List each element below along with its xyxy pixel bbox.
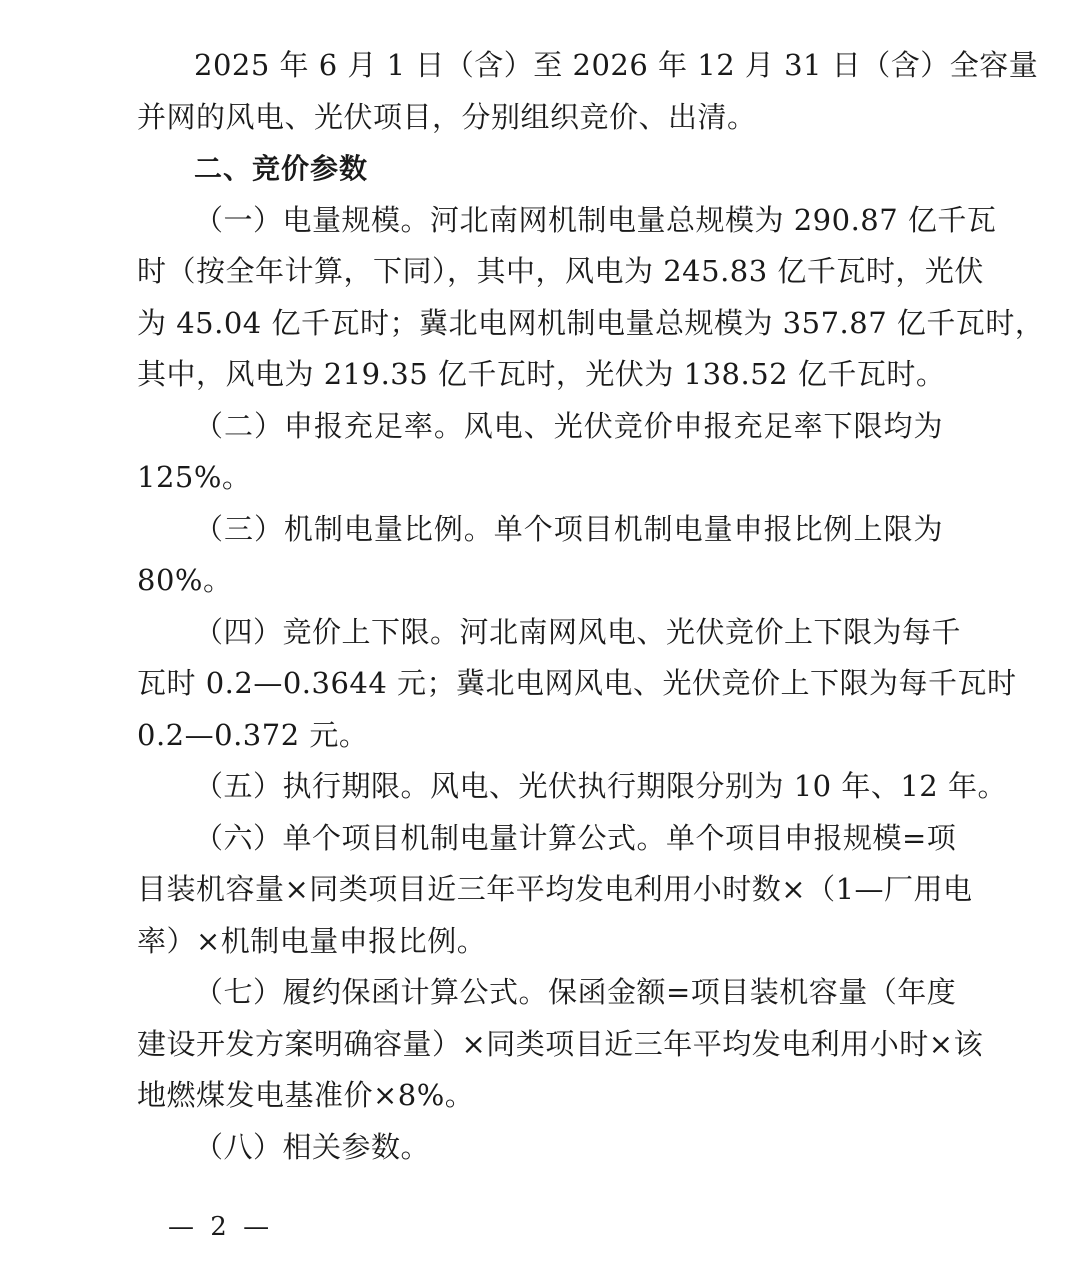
text-line: 其中，风电为 219.35 亿千瓦时，光伏为 138.52 亿千瓦时。 bbox=[137, 349, 943, 401]
text-line: 瓦时 0.2—0.3644 元；冀北电网风电、光伏竞价上下限为每千瓦时 bbox=[137, 658, 943, 710]
paragraph-item-1: （一）电量规模。河北南网机制电量总规模为 290.87 亿千瓦 时（按全年计算，… bbox=[137, 195, 943, 401]
text-line: 地燃煤发电基准价×8%。 bbox=[137, 1070, 943, 1122]
text-line: 0.2—0.372 元。 bbox=[137, 710, 943, 762]
text-line: 建设开发方案明确容量）×同类项目近三年平均发电利用小时×该 bbox=[137, 1019, 943, 1071]
text-line: 并网的风电、光伏项目，分别组织竞价、出清。 bbox=[137, 92, 943, 144]
document-page: 2025 年 6 月 1 日（含）至 2026 年 12 月 31 日（含）全容… bbox=[137, 40, 943, 1173]
text-line: （三）机制电量比例。单个项目机制电量申报比例上限为 bbox=[137, 504, 943, 556]
text-line: 80%。 bbox=[137, 555, 943, 607]
text-line: （一）电量规模。河北南网机制电量总规模为 290.87 亿千瓦 bbox=[137, 195, 943, 247]
text-line: （八）相关参数。 bbox=[137, 1122, 943, 1174]
paragraph-item-5: （五）执行期限。风电、光伏执行期限分别为 10 年、12 年。 bbox=[137, 761, 943, 813]
text-line: 125%。 bbox=[137, 452, 943, 504]
text-line: 目装机容量×同类项目近三年平均发电利用小时数×（1—厂用电 bbox=[137, 864, 943, 916]
paragraph-item-2: （二）申报充足率。风电、光伏竞价申报充足率下限均为 125%。 bbox=[137, 401, 943, 504]
text-line: （五）执行期限。风电、光伏执行期限分别为 10 年、12 年。 bbox=[137, 761, 943, 813]
text-line: （四）竞价上下限。河北南网风电、光伏竞价上下限为每千 bbox=[137, 607, 943, 659]
section-heading: 二、竞价参数 bbox=[137, 143, 943, 195]
paragraph-item-8: （八）相关参数。 bbox=[137, 1122, 943, 1174]
intro-paragraph: 2025 年 6 月 1 日（含）至 2026 年 12 月 31 日（含）全容… bbox=[137, 40, 943, 143]
paragraph-item-4: （四）竞价上下限。河北南网风电、光伏竞价上下限为每千 瓦时 0.2—0.3644… bbox=[137, 607, 943, 762]
text-line: 时（按全年计算，下同），其中，风电为 245.83 亿千瓦时，光伏 bbox=[137, 246, 943, 298]
text-line: 率）×机制电量申报比例。 bbox=[137, 916, 943, 968]
text-line: （六）单个项目机制电量计算公式。单个项目申报规模=项 bbox=[137, 813, 943, 865]
text-line: （七）履约保函计算公式。保函金额=项目装机容量（年度 bbox=[137, 967, 943, 1019]
paragraph-item-7: （七）履约保函计算公式。保函金额=项目装机容量（年度 建设开发方案明确容量）×同… bbox=[137, 967, 943, 1122]
text-line: 为 45.04 亿千瓦时；冀北电网机制电量总规模为 357.87 亿千瓦时， bbox=[137, 298, 943, 350]
paragraph-item-3: （三）机制电量比例。单个项目机制电量申报比例上限为 80%。 bbox=[137, 504, 943, 607]
text-line: 2025 年 6 月 1 日（含）至 2026 年 12 月 31 日（含）全容… bbox=[137, 40, 943, 92]
page-number: — 2 — bbox=[168, 1212, 273, 1242]
text-line: （二）申报充足率。风电、光伏竞价申报充足率下限均为 bbox=[137, 401, 943, 453]
paragraph-item-6: （六）单个项目机制电量计算公式。单个项目申报规模=项 目装机容量×同类项目近三年… bbox=[137, 813, 943, 968]
